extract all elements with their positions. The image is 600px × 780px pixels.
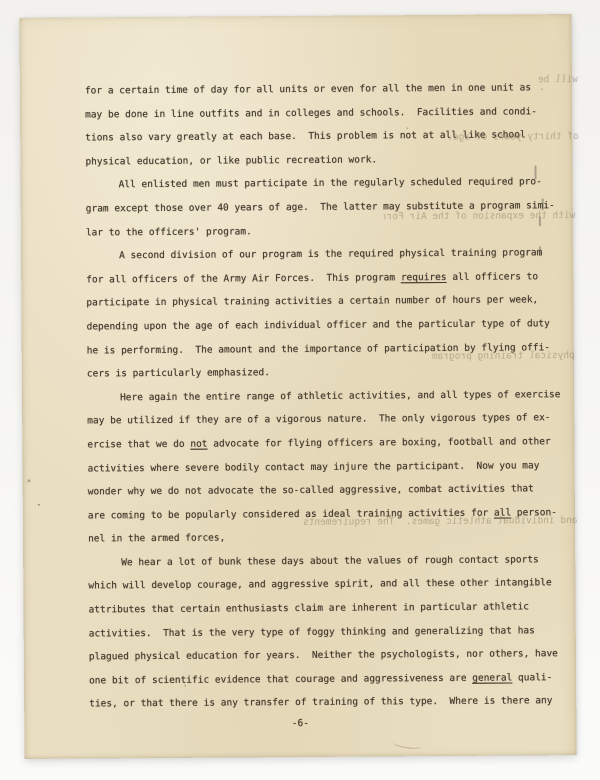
- text-segment: We hear a lot of bunk these days about t…: [121, 554, 539, 568]
- text-line: plagued physical education for years. Ne…: [89, 642, 559, 669]
- paper-speck: [184, 685, 186, 687]
- text-segment: A second division of our program is the …: [119, 247, 542, 261]
- bleedthrough-text: physical training program: [425, 350, 575, 365]
- text-line: for a certain time of day for all units …: [85, 76, 555, 103]
- text-line: depending upon the age of each individua…: [86, 312, 556, 339]
- text-segment: plagued physical education for years. Ne…: [89, 648, 558, 662]
- pencil-squiggle: [392, 738, 423, 750]
- text-segment: All enlisted men must participate in the…: [119, 177, 542, 191]
- text-segment: Here again the entire range of athletic …: [120, 389, 560, 403]
- text-line: may be done in line outfits and in colle…: [85, 100, 555, 127]
- text-line: one bit of scientific evidence that cour…: [89, 666, 559, 693]
- text-segment: all officers to: [447, 271, 539, 283]
- text-segment: which will develop courage, and aggressi…: [88, 578, 551, 592]
- text-segment: quali-: [512, 672, 552, 683]
- text-segment: attributes that certain enthusiasts clai…: [89, 601, 529, 615]
- page-number: -6-: [24, 716, 576, 731]
- text-segment: wonder why we do not advocate the so-cal…: [88, 483, 534, 497]
- bleedthrough-text: will be: [536, 74, 578, 88]
- text-segment: nel in the armed forces,: [88, 533, 225, 545]
- underlined-word: requires: [401, 272, 447, 283]
- text-segment: ties, or that there is any transfer of t…: [89, 696, 552, 710]
- text-line: physical education, or like public recre…: [85, 147, 555, 174]
- text-segment: activities. That is the very type of fog…: [89, 625, 535, 639]
- pen-stroke-mark: [539, 246, 541, 256]
- text-line: A second division of our program is the …: [86, 241, 556, 268]
- paper-speck: [406, 127, 408, 129]
- text-line: ties, or that there is any transfer of t…: [89, 690, 559, 717]
- document-page: for a certain time of day for all units …: [19, 14, 576, 759]
- text-segment: may be utilized if they are of a vigorou…: [87, 413, 550, 427]
- text-line: We hear a lot of bunk these days about t…: [88, 548, 558, 575]
- scan-background: for a certain time of day for all units …: [0, 0, 600, 780]
- text-line: Here again the entire range of athletic …: [87, 383, 557, 410]
- pen-stroke-mark: [539, 216, 541, 226]
- text-segment: may be done in line outfits and in colle…: [85, 106, 537, 120]
- text-segment: depending upon the age of each individua…: [87, 318, 550, 332]
- text-line: attributes that certain enthusiasts clai…: [88, 595, 558, 622]
- text-segment: ercise that we do: [87, 439, 190, 451]
- text-line: activities. That is the very type of fog…: [89, 619, 559, 646]
- text-line: ercise that we do not advocate for flyin…: [87, 430, 557, 457]
- text-segment: one bit of scientific evidence that cour…: [89, 673, 472, 687]
- text-line: All enlisted men must participate in the…: [86, 171, 556, 198]
- text-line: may be utilized if they are of a vigorou…: [87, 407, 557, 434]
- text-segment: for all officers of the Army Air Forces.…: [86, 272, 401, 285]
- text-segment: advocate for flying officers are boxing,…: [207, 436, 550, 449]
- marks-layer: *: [19, 14, 571, 18]
- text-segment: participate in physical training activit…: [86, 295, 538, 309]
- text-line: participate in physical training activit…: [86, 289, 556, 316]
- bleedthrough-layer: will beof thirty years of age.with the e…: [19, 14, 571, 18]
- text-segment: for a certain time of day for all units …: [85, 82, 531, 96]
- underlined-word: not: [190, 439, 207, 450]
- text-line: activities where severe bodily contact m…: [87, 454, 557, 481]
- bleedthrough-text: and individual athletic games. The requi…: [286, 515, 578, 531]
- underlined-word: general: [472, 672, 512, 683]
- text-line: which will develop courage, and aggressi…: [88, 572, 558, 599]
- pen-stroke-mark: [542, 198, 544, 210]
- bleedthrough-text: with the expansion of the Air Forces, we…: [384, 210, 576, 225]
- text-segment: physical education, or like public recre…: [85, 154, 377, 167]
- pen-stroke-mark: [534, 165, 536, 179]
- typed-text-block: for a certain time of day for all units …: [85, 76, 559, 716]
- dot-mark: [38, 504, 40, 506]
- paper-speck: [541, 88, 543, 90]
- text-segment: lar to the officers' program.: [86, 226, 252, 238]
- text-line: for all officers of the Army Air Forces.…: [86, 265, 556, 292]
- asterisk-mark: *: [27, 478, 32, 487]
- text-segment: cers is particularly emphasized.: [87, 367, 270, 379]
- text-segment: activities where severe bodily contact m…: [88, 460, 540, 474]
- text-line: wonder why we do not advocate the so-cal…: [88, 477, 558, 504]
- bleedthrough-text: of thirty years of age.: [441, 131, 579, 146]
